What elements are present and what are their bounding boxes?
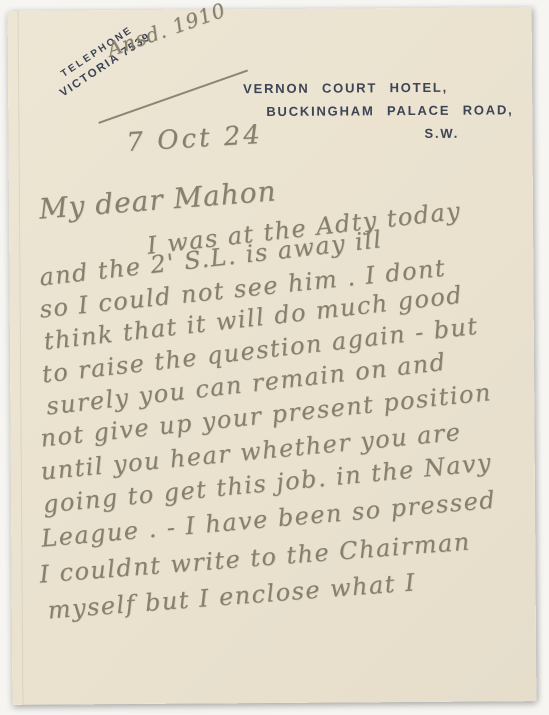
letter-paper: TELEPHONE VICTORIA 7539 Ansd. 1910 VERNO… xyxy=(8,7,537,705)
letterhead-district: S.W. xyxy=(424,126,459,141)
letter-date: 7 Oct 24 xyxy=(126,120,264,158)
annotation-underline xyxy=(98,69,248,123)
letterhead-street: BUCKINGHAM PALACE ROAD, xyxy=(266,102,513,119)
letterhead-hotel-name: VERNON COURT HOTEL, xyxy=(243,80,448,96)
salutation: My dear Mahon xyxy=(38,174,278,225)
scan-background: TELEPHONE VICTORIA 7539 Ansd. 1910 VERNO… xyxy=(0,0,549,715)
